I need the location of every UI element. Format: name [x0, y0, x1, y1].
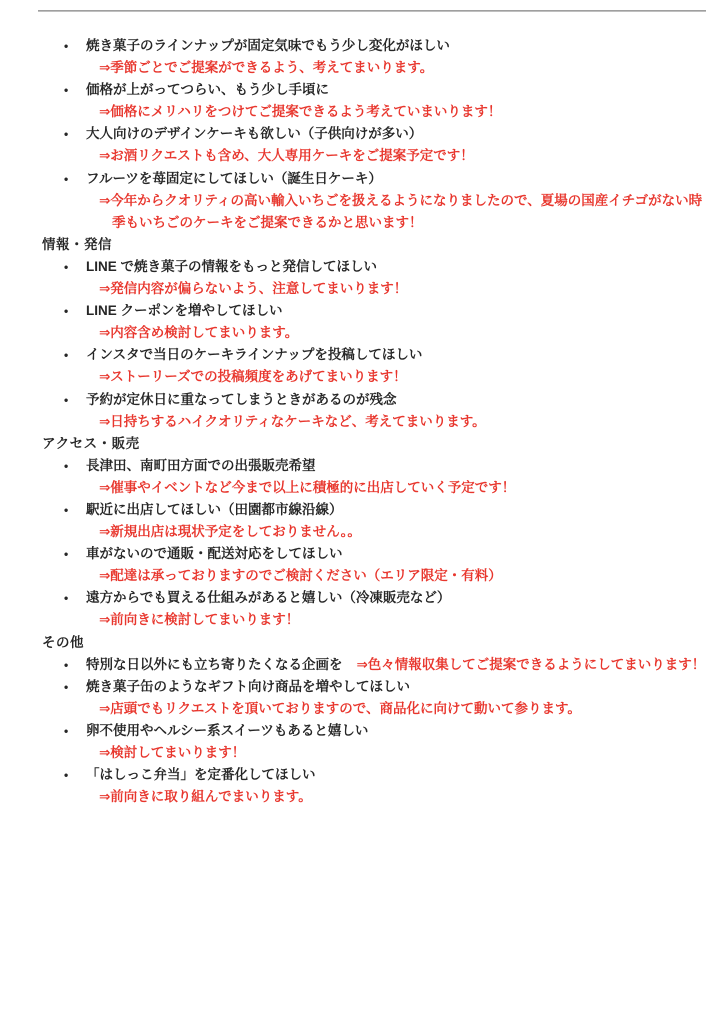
bullet-icon: • — [64, 676, 68, 698]
feedback-statement: 焼き菓子缶のようなギフト向け商品を増やしてほしい — [86, 679, 410, 694]
feedback-item: •価格が上がってつらい、もう少し手頃に — [0, 79, 724, 101]
section-heading: 情報・発信 — [0, 234, 724, 256]
shop-response: ⇒価格にメリハリをつけてご提案できるよう考えていまいります！ — [0, 101, 724, 123]
feedback-statement: 焼き菓子のラインナップが固定気味でもう少し変化がほしい — [86, 38, 450, 53]
feedback-item: •特別な日以外にも立ち寄りたくなる企画を⇒色々情報収集してご提案できるようにして… — [0, 654, 724, 676]
feedback-item: •遠方からでも買える仕組みがあると嬉しい（冷凍販売など） — [0, 587, 724, 609]
feedback-statement: 「はしっこ弁当」を定番化してほしい — [86, 767, 316, 782]
feedback-item: •LINE クーポンを増やしてほしい — [0, 300, 724, 322]
shop-response: ⇒ストーリーズでの投稿頻度をあげてまいります！ — [0, 366, 724, 388]
shop-response: ⇒検討してまいります！ — [0, 742, 724, 764]
feedback-statement: フルーツを苺固定にしてほしい（誕生日ケーキ） — [86, 171, 382, 186]
shop-response: ⇒前向きに取り組んでまいります。 — [0, 786, 724, 808]
feedback-statement: 大人向けのデザインケーキも欲しい（子供向けが多い） — [86, 126, 422, 141]
section-heading: その他 — [0, 632, 724, 654]
feedback-item: •LINE で焼き菓子の情報をもっと発信してほしい — [0, 256, 724, 278]
bullet-icon: • — [64, 256, 68, 278]
shop-response: ⇒新規出店は現状予定をしておりません。。 — [0, 521, 724, 543]
shop-response: 季もいちごのケーキをご提案できるかと思います！ — [0, 212, 724, 234]
feedback-statement: 長津田、南町田方面での出張販売希望 — [86, 458, 316, 473]
feedback-item: •インスタで当日のケーキラインナップを投稿してほしい — [0, 344, 724, 366]
bullet-icon: • — [64, 35, 68, 57]
feedback-item: •焼き菓子のラインナップが固定気味でもう少し変化がほしい — [0, 35, 724, 57]
feedback-statement: 駅近に出店してほしい（田園都市線沿線） — [86, 502, 343, 517]
bullet-icon: • — [64, 344, 68, 366]
feedback-item: •フルーツを苺固定にしてほしい（誕生日ケーキ） — [0, 168, 724, 190]
feedback-item: •焼き菓子缶のようなギフト向け商品を増やしてほしい — [0, 676, 724, 698]
bullet-icon: • — [64, 764, 68, 786]
bullet-icon: • — [64, 499, 68, 521]
bullet-icon: • — [64, 654, 68, 676]
bullet-icon: • — [64, 168, 68, 190]
bullet-icon: • — [64, 300, 68, 322]
feedback-statement: 卵不使用やヘルシー系スイーツもあると嬉しい — [86, 723, 368, 738]
feedback-item: •車がないので通販・配送対応をしてほしい — [0, 543, 724, 565]
bullet-icon: • — [64, 389, 68, 411]
shop-response: ⇒配達は承っておりますのでご検討ください（エリア限定・有料） — [0, 565, 724, 587]
feedback-item: •大人向けのデザインケーキも欲しい（子供向けが多い） — [0, 123, 724, 145]
feedback-statement: LINE クーポンを増やしてほしい — [86, 303, 283, 318]
bullet-icon: • — [64, 543, 68, 565]
document-content: •焼き菓子のラインナップが固定気味でもう少し変化がほしい⇒季節ごとでご提案ができ… — [0, 35, 724, 808]
shop-response: ⇒日持ちするハイクオリティなケーキなど、考えてまいります。 — [0, 411, 724, 433]
feedback-statement: 車がないので通販・配送対応をしてほしい — [86, 546, 343, 561]
bullet-icon: • — [64, 587, 68, 609]
shop-response: ⇒店頭でもリクエストを頂いておりますので、商品化に向けて動いて参ります。 — [0, 698, 724, 720]
document-page: •焼き菓子のラインナップが固定気味でもう少し変化がほしい⇒季節ごとでご提案ができ… — [0, 0, 724, 1024]
feedback-item: •卵不使用やヘルシー系スイーツもあると嬉しい — [0, 720, 724, 742]
bullet-icon: • — [64, 123, 68, 145]
horizontal-rule — [38, 10, 706, 12]
shop-response: ⇒催事やイベントなど今まで以上に積極的に出店していく予定です！ — [0, 477, 724, 499]
feedback-item: •「はしっこ弁当」を定番化してほしい — [0, 764, 724, 786]
feedback-statement: 遠方からでも買える仕組みがあると嬉しい（冷凍販売など） — [86, 590, 450, 605]
feedback-statement: 特別な日以外にも立ち寄りたくなる企画を — [86, 657, 343, 672]
bullet-icon: • — [64, 455, 68, 477]
shop-response: ⇒内容含め検討してまいります。 — [0, 322, 724, 344]
bullet-icon: • — [64, 79, 68, 101]
shop-response: ⇒前向きに検討してまいります！ — [0, 609, 724, 631]
feedback-statement: 予約が定休日に重なってしまうときがあるのが残念 — [86, 392, 397, 407]
feedback-item: •長津田、南町田方面での出張販売希望 — [0, 455, 724, 477]
feedback-item: •予約が定休日に重なってしまうときがあるのが残念 — [0, 389, 724, 411]
shop-response-inline: ⇒色々情報収集してご提案できるようにしてまいります！ — [357, 657, 706, 672]
shop-response: ⇒今年からクオリティの高い輸入いちごを扱えるようになりましたので、夏場の国産イチ… — [0, 190, 724, 212]
shop-response: ⇒季節ごとでご提案ができるよう、考えてまいります。 — [0, 57, 724, 79]
shop-response: ⇒発信内容が偏らないよう、注意してまいります！ — [0, 278, 724, 300]
feedback-statement: LINE で焼き菓子の情報をもっと発信してほしい — [86, 259, 377, 274]
shop-response: ⇒お酒リクエストも含め、大人専用ケーキをご提案予定です！ — [0, 145, 724, 167]
feedback-item: •駅近に出店してほしい（田園都市線沿線） — [0, 499, 724, 521]
bullet-icon: • — [64, 720, 68, 742]
feedback-statement: 価格が上がってつらい、もう少し手頃に — [86, 82, 329, 97]
feedback-statement: インスタで当日のケーキラインナップを投稿してほしい — [86, 347, 422, 362]
section-heading: アクセス・販売 — [0, 433, 724, 455]
